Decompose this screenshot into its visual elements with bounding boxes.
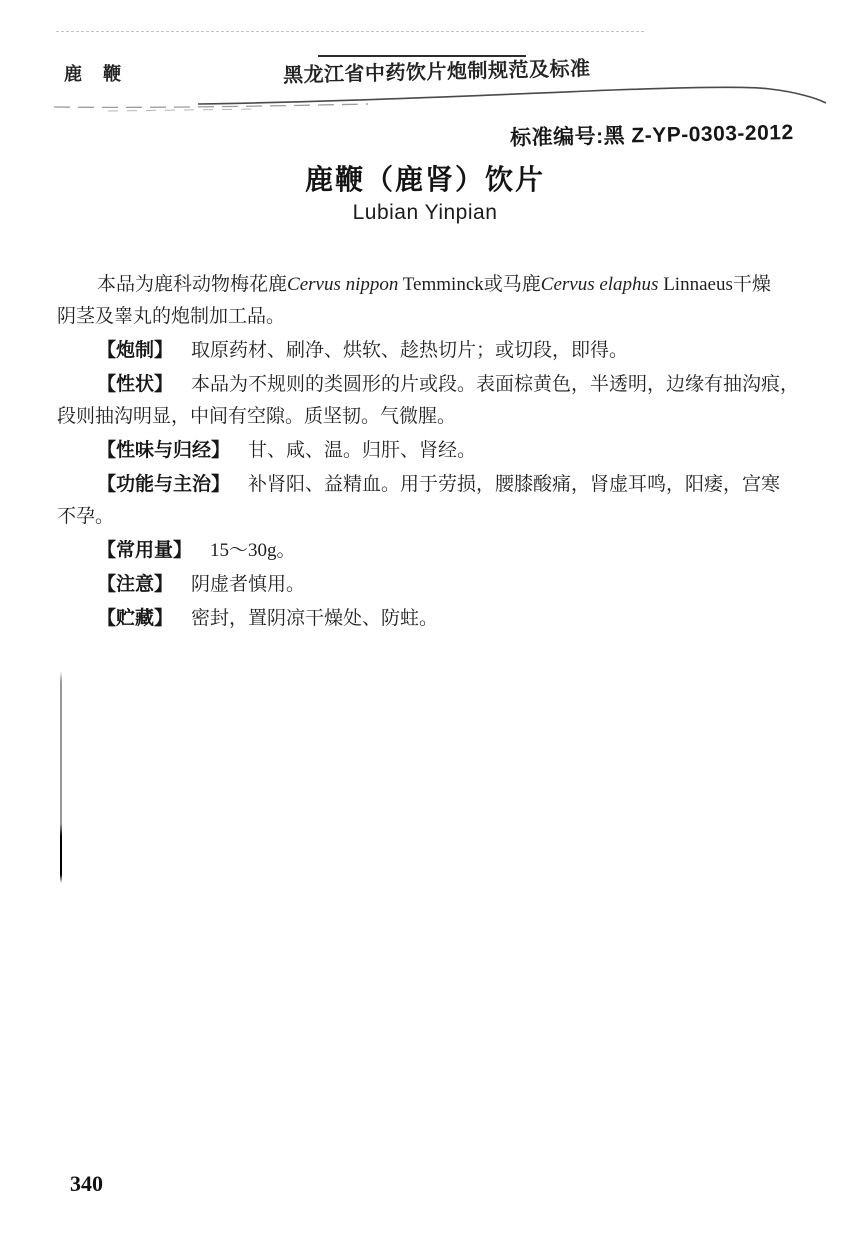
- section-text: 密封，置阴凉干燥处、防蛀。: [191, 608, 438, 629]
- intro-paragraph: 本品为鹿科动物梅花鹿Cervus nippon Temminck或马鹿Cervu…: [57, 269, 819, 333]
- page-number: 340: [70, 1171, 103, 1197]
- header-rule-line: [48, 82, 840, 114]
- section-gongneng-zhuzhi: 【功能与主治】补肾阳、益精血。用于劳损，腰膝酸痛，肾虚耳鸣，阳痿，宫寒不孕。: [57, 469, 819, 533]
- scan-artifact-top-line: [56, 31, 644, 32]
- latin-species-name: Cervus nippon: [287, 274, 398, 295]
- section-xingwei-guijing: 【性味与归经】甘、咸、温。归肝、肾经。: [57, 435, 819, 467]
- section-paozhi: 【炮制】取原药材、刷净、烘软、趁热切片；或切段，即得。: [57, 335, 819, 367]
- section-text: 取原药材、刷净、烘软、趁热切片；或切段，即得。: [191, 340, 628, 361]
- intro-text: Temminck或马鹿: [398, 274, 540, 295]
- section-label: 【功能与主治】: [97, 474, 230, 495]
- intro-text: 本品为鹿科动物梅花鹿: [97, 274, 287, 295]
- section-label: 【性状】: [97, 374, 173, 395]
- section-text: 段则抽沟明显，中间有空隙。质坚韧。气微腥。: [57, 406, 456, 427]
- section-text: 不孕。: [57, 506, 114, 527]
- section-zhuyi: 【注意】阴虚者慎用。: [57, 569, 819, 601]
- section-text: 甘、咸、温。归肝、肾经。: [248, 440, 476, 461]
- section-label: 【性味与归经】: [97, 440, 230, 461]
- section-changyongliang: 【常用量】15～30g。: [57, 535, 819, 567]
- header-overline: [318, 55, 526, 57]
- section-label: 【注意】: [97, 574, 173, 595]
- section-label: 【贮藏】: [97, 608, 173, 629]
- monograph-body: 本品为鹿科动物梅花鹿Cervus nippon Temminck或马鹿Cervu…: [57, 269, 819, 637]
- monograph-pinyin: Lubian Yinpian: [0, 201, 850, 225]
- section-text: 本品为不规则的类圆形的片或段。表面棕黄色，半透明，边缘有抽沟痕，: [191, 374, 799, 395]
- section-xingzhuang: 【性状】本品为不规则的类圆形的片或段。表面棕黄色，半透明，边缘有抽沟痕，段则抽沟…: [57, 369, 819, 433]
- monograph-title: 鹿鞭（鹿肾）饮片: [0, 158, 850, 198]
- section-zhucang: 【贮藏】密封，置阴凉干燥处、防蛀。: [57, 603, 819, 635]
- scan-artifact-vertical-line: [60, 671, 62, 883]
- section-label: 【常用量】: [97, 540, 192, 561]
- standard-number: 标准编号:黑 Z-YP-0303-2012: [510, 116, 794, 152]
- section-text: 15～30g。: [210, 540, 296, 561]
- intro-text: 阴茎及睾丸的炮制加工品。: [57, 306, 285, 327]
- section-text: 阴虚者慎用。: [191, 574, 305, 595]
- latin-species-name: Cervus elaphus: [541, 274, 659, 295]
- scanned-document-page: 鹿 鞭 黑龙江省中药饮片炮制规范及标准 标准编号:黑 Z-YP-0303-201…: [0, 0, 850, 1254]
- intro-text: Linnaeus干燥: [658, 274, 770, 295]
- section-label: 【炮制】: [97, 340, 173, 361]
- section-text: 补肾阳、益精血。用于劳损，腰膝酸痛，肾虚耳鸣，阳痿，宫寒: [248, 474, 780, 495]
